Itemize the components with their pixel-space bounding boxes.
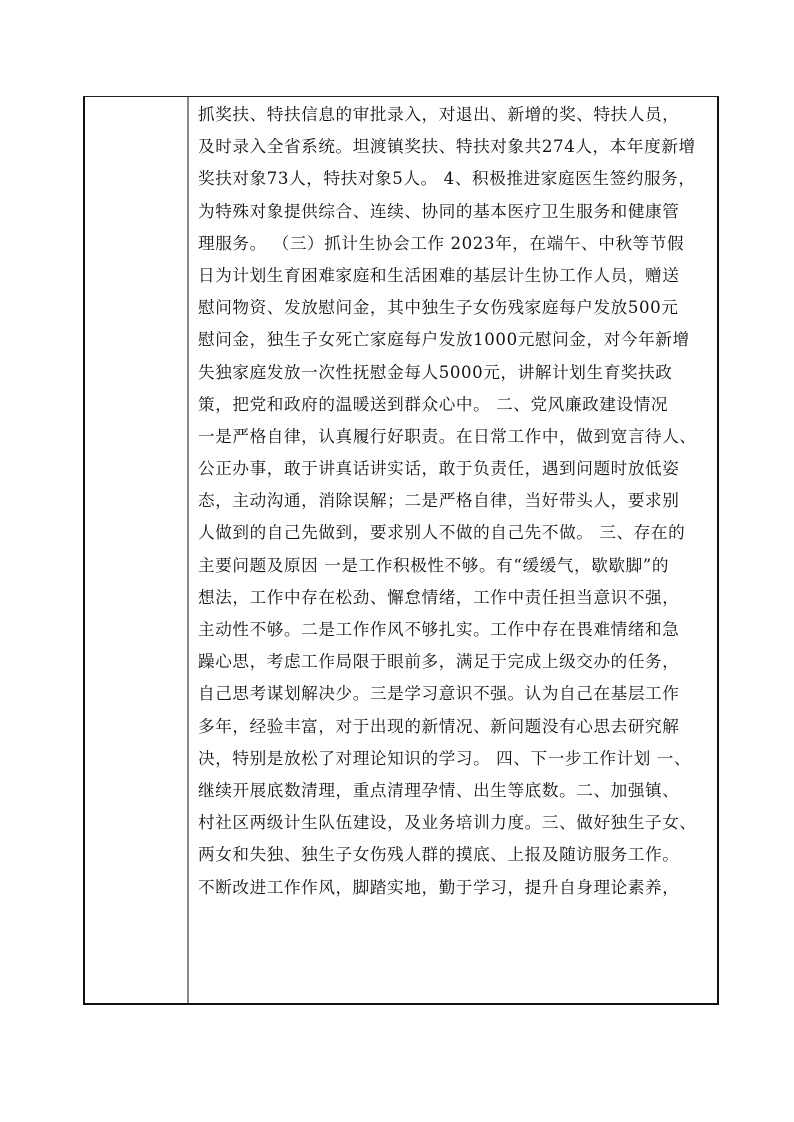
text-line: 主要问题及原因 一是工作积极性不够。有“缓缓气，歇歇脚”的 xyxy=(198,550,709,582)
text-line: 及时录入全省系统。坦渡镇奖扶、特扶对象共274人，本年度新增 xyxy=(198,131,709,163)
text-line: 人做到的自己先做到，要求别人不做的自己先不做。 三、存在的 xyxy=(198,517,709,549)
text-line: 失独家庭发放一次性抚慰金每人5000元，讲解计划生育奖扶政 xyxy=(198,357,709,389)
text-line: 自己思考谋划解决少。三是学习意识不强。认为自己在基层工作 xyxy=(198,678,709,710)
text-line: 奖扶对象73人，特扶对象5人。 4、积极推进家庭医生签约服务， xyxy=(198,163,709,195)
text-line: 抓奖扶、特扶信息的审批录入，对退出、新增的奖、特扶人员， xyxy=(198,99,709,131)
text-line: 慰问金，独生子女死亡家庭每户发放1000元慰问金，对今年新增 xyxy=(198,324,709,356)
text-line: 两女和失独、独生子女伤残人群的摸底、上报及随访服务工作。 xyxy=(198,839,709,871)
text-line: 一是严格自律，认真履行好职责。在日常工作中，做到宽言待人、 xyxy=(198,421,709,453)
text-line: 想法，工作中存在松劲、懈怠情绪，工作中责任担当意识不强， xyxy=(198,582,709,614)
text-line: 理服务。 （三）抓计生协会工作 2023年，在端午、中秋等节假 xyxy=(198,228,709,260)
text-line: 慰问物资、发放慰问金，其中独生子女伤残家庭每户发放500元 xyxy=(198,292,709,324)
text-line: 策，把党和政府的温暖送到群众心中。 二、党风廉政建设情况 xyxy=(198,389,709,421)
table-content-cell: 抓奖扶、特扶信息的审批录入，对退出、新增的奖、特扶人员， 及时录入全省系统。坦渡… xyxy=(189,97,717,1003)
text-line: 态，主动沟通，消除误解；二是严格自律，当好带头人，要求别 xyxy=(198,485,709,517)
text-line: 日为计划生育困难家庭和生活困难的基层计生协工作人员，赠送 xyxy=(198,260,709,292)
text-line: 继续开展底数清理，重点清理孕情、出生等底数。二、加强镇、 xyxy=(198,775,709,807)
text-line: 主动性不够。二是工作作风不够扎实。工作中存在畏难情绪和急 xyxy=(198,614,709,646)
text-line: 躁心思，考虑工作局限于眼前多，满足于完成上级交办的任务， xyxy=(198,646,709,678)
text-line: 公正办事，敢于讲真话讲实话，敢于负责任，遇到问题时放低姿 xyxy=(198,453,709,485)
report-table: 抓奖扶、特扶信息的审批录入，对退出、新增的奖、特扶人员， 及时录入全省系统。坦渡… xyxy=(83,96,719,1005)
table-label-cell xyxy=(85,97,189,1003)
text-line: 多年，经验丰富，对于出现的新情况、新问题没有心思去研究解 xyxy=(198,711,709,743)
text-line: 村社区两级计生队伍建设，及业务培训力度。三、做好独生子女、 xyxy=(198,807,709,839)
text-line: 为特殊对象提供综合、连续、协同的基本医疗卫生服务和健康管 xyxy=(198,196,709,228)
text-line: 不断改进工作作风，脚踏实地，勤于学习，提升自身理论素养， xyxy=(198,872,709,904)
document-page: 抓奖扶、特扶信息的审批录入，对退出、新增的奖、特扶人员， 及时录入全省系统。坦渡… xyxy=(0,0,794,1122)
text-line: 决，特别是放松了对理论知识的学习。 四、下一步工作计划 一、 xyxy=(198,743,709,775)
